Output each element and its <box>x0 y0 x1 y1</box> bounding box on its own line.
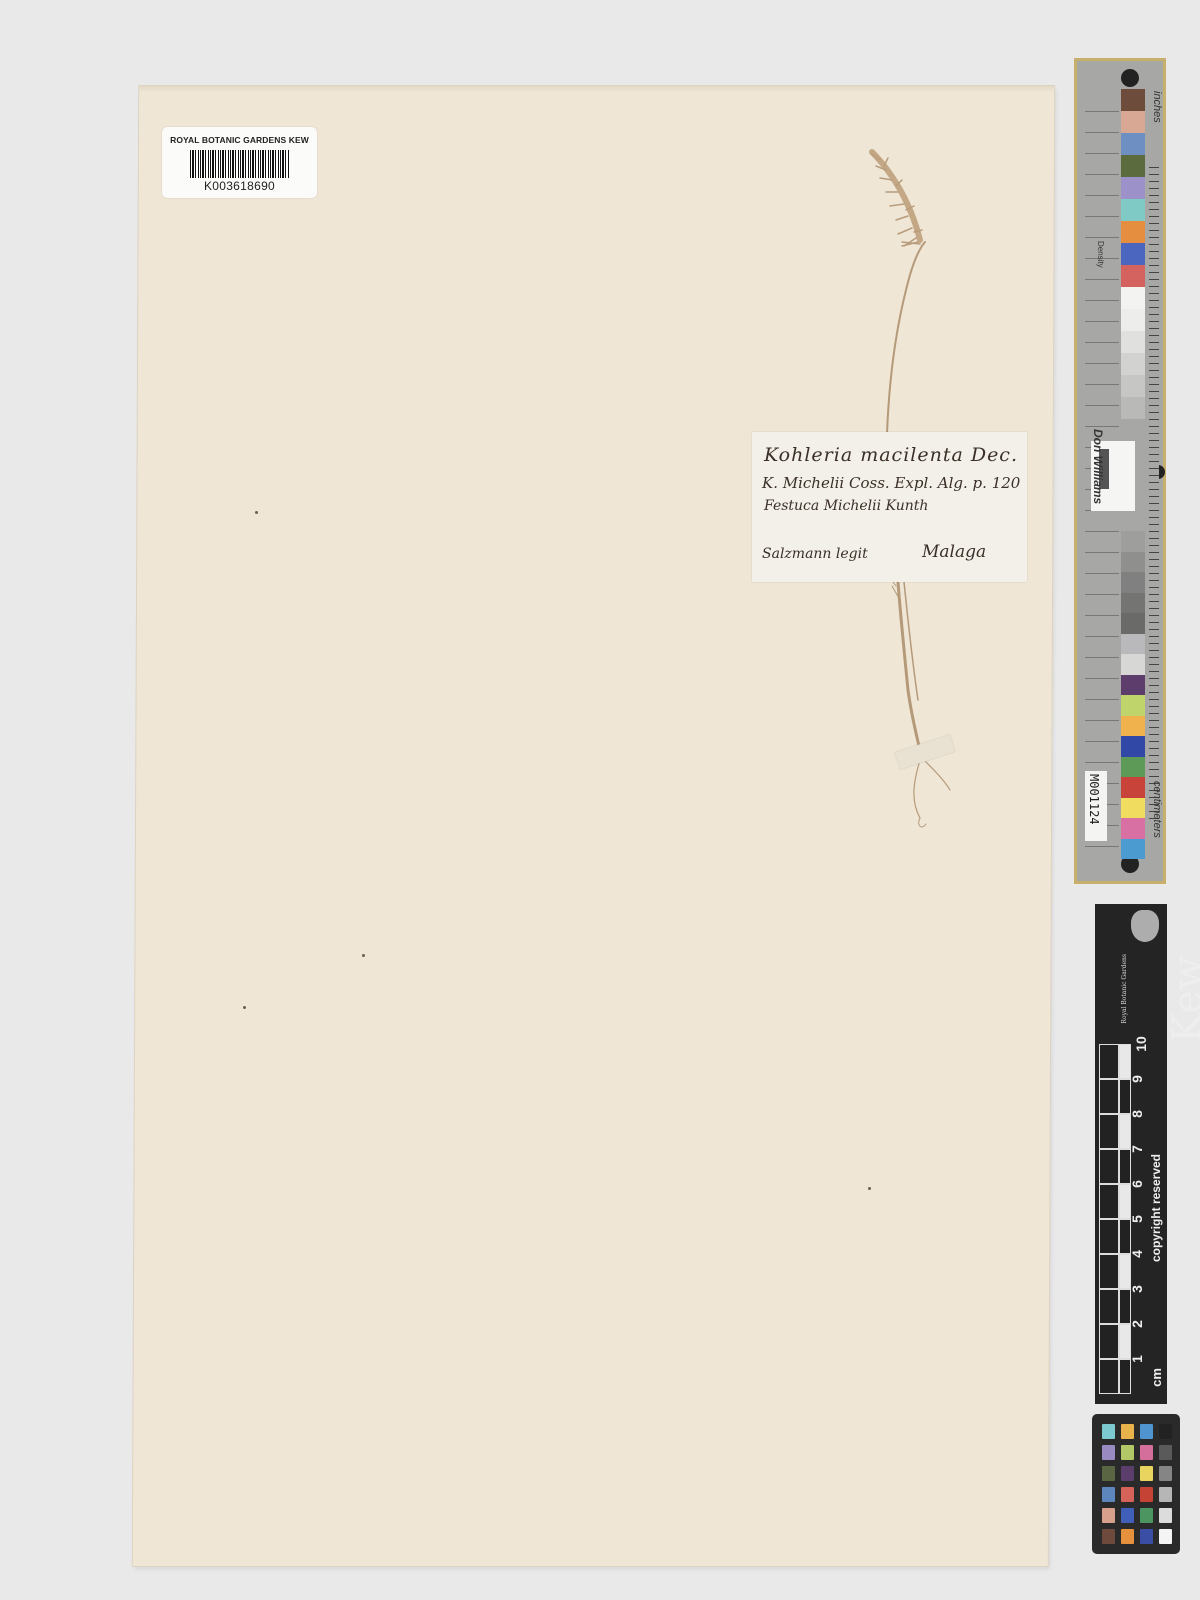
color-swatch <box>1121 757 1145 778</box>
color-swatch <box>1121 654 1145 675</box>
speck <box>362 954 365 957</box>
institution-name: ROYAL BOTANIC GARDENS KEW <box>162 135 317 145</box>
locality: Malaga <box>922 542 986 562</box>
scale-block <box>1119 1324 1131 1359</box>
color-swatches-lower <box>1121 531 1145 859</box>
scale-block <box>1099 1079 1119 1114</box>
checker-patch <box>1140 1424 1153 1439</box>
herbarium-sheet <box>133 86 1054 1566</box>
color-swatch <box>1121 798 1145 819</box>
scale-number: 6 <box>1129 1180 1145 1188</box>
color-swatch <box>1121 177 1145 199</box>
color-swatch <box>1121 331 1145 353</box>
scale-block <box>1119 1114 1131 1149</box>
color-swatch <box>1121 199 1145 221</box>
scale-block <box>1099 1324 1119 1359</box>
ruler-scale <box>1149 161 1159 821</box>
color-swatch <box>1121 89 1145 111</box>
checker-patch <box>1102 1508 1115 1523</box>
speck <box>255 511 258 514</box>
checker-patch <box>1159 1508 1172 1523</box>
color-swatch <box>1121 634 1145 655</box>
scale-number: 2 <box>1129 1320 1145 1328</box>
color-swatch <box>1121 309 1145 331</box>
scale-block <box>1099 1219 1119 1254</box>
checker-patch <box>1140 1529 1153 1544</box>
scale-block <box>1119 1359 1131 1394</box>
checker-patch <box>1159 1529 1172 1544</box>
scale-block <box>1119 1254 1131 1289</box>
taxon-name: Kohleria macilenta Dec. <box>764 444 1018 466</box>
scale-block <box>1099 1184 1119 1219</box>
color-swatch <box>1121 155 1145 177</box>
determination-label: Kohleria macilenta Dec. K. Michelii Coss… <box>752 432 1027 582</box>
color-swatch <box>1121 777 1145 798</box>
checker-patch <box>1121 1424 1134 1439</box>
color-swatch <box>1121 593 1145 614</box>
scale-number: 8 <box>1129 1110 1145 1118</box>
scale-number: 10 <box>1133 1036 1149 1052</box>
cm-scale <box>1099 1044 1131 1394</box>
scale-block <box>1119 1044 1131 1079</box>
color-ruler: inches centimeters Don Williams Density … <box>1074 58 1166 884</box>
kew-scale-bar: Kew Royal Botanic Gardens 12345678910 co… <box>1095 904 1167 1404</box>
checker-patch <box>1121 1508 1134 1523</box>
color-swatch <box>1121 695 1145 716</box>
scale-block <box>1119 1219 1131 1254</box>
scale-number: 5 <box>1129 1215 1145 1223</box>
scale-block <box>1119 1149 1131 1184</box>
checker-patch <box>1140 1508 1153 1523</box>
color-swatch <box>1121 716 1145 737</box>
collector: Salzmann legit <box>762 546 868 562</box>
barcode-label: ROYAL BOTANIC GARDENS KEW K003618690 <box>162 127 317 198</box>
inches-label: inches <box>1151 91 1163 123</box>
color-swatch <box>1121 531 1145 552</box>
kew-logo: Kew <box>1165 956 1200 1043</box>
centimeters-label: centimeters <box>1151 781 1163 838</box>
scale-block <box>1119 1184 1131 1219</box>
barcode-number: K003618690 <box>162 179 317 193</box>
color-swatch <box>1121 353 1145 375</box>
color-swatch <box>1121 133 1145 155</box>
scale-block <box>1119 1079 1131 1114</box>
checker-patch <box>1140 1445 1153 1460</box>
crest-icon <box>1131 910 1159 942</box>
scale-block <box>1099 1149 1119 1184</box>
checker-patch <box>1102 1487 1115 1502</box>
color-swatch <box>1121 736 1145 757</box>
scale-block <box>1099 1254 1119 1289</box>
color-swatch <box>1121 111 1145 133</box>
checker-patch <box>1159 1445 1172 1460</box>
color-checker <box>1092 1414 1180 1554</box>
unit-label: cm <box>1149 1368 1164 1387</box>
checker-patch <box>1159 1424 1172 1439</box>
checker-patch <box>1121 1466 1134 1481</box>
ruler-hole <box>1121 69 1139 87</box>
scale-block <box>1119 1289 1131 1324</box>
kew-subtitle: Royal Botanic Gardens <box>1121 954 1128 1024</box>
color-swatch <box>1121 675 1145 696</box>
synonym-1: K. Michelii Coss. Expl. Alg. p. 120 <box>762 474 1020 492</box>
scale-number: 1 <box>1129 1355 1145 1363</box>
scale-number: 4 <box>1129 1250 1145 1258</box>
scale-block <box>1099 1114 1119 1149</box>
checker-patch <box>1102 1466 1115 1481</box>
checker-patch <box>1159 1466 1172 1481</box>
scale-block <box>1099 1289 1119 1324</box>
color-swatch <box>1121 287 1145 309</box>
color-swatches <box>1121 89 1145 419</box>
checker-patch <box>1121 1529 1134 1544</box>
brand-label: Don Williams <box>1091 429 1105 504</box>
barcode <box>190 150 290 178</box>
scale-number: 3 <box>1129 1285 1145 1293</box>
color-swatch <box>1121 552 1145 573</box>
color-swatch <box>1121 613 1145 634</box>
checker-patch <box>1121 1445 1134 1460</box>
scale-number: 7 <box>1129 1145 1145 1153</box>
ruler-id-tag: M001124 <box>1085 771 1107 841</box>
checker-patch <box>1140 1487 1153 1502</box>
color-swatch <box>1121 818 1145 839</box>
scale-block <box>1099 1044 1119 1079</box>
color-swatch <box>1121 397 1145 419</box>
checker-patch <box>1102 1445 1115 1460</box>
speck <box>243 1006 246 1009</box>
synonym-2: Festuca Michelii Kunth <box>764 498 928 514</box>
color-swatch <box>1121 265 1145 287</box>
color-swatch <box>1121 243 1145 265</box>
density-label: Density <box>1096 241 1105 268</box>
checker-patch <box>1102 1424 1115 1439</box>
color-swatch <box>1121 572 1145 593</box>
checker-patch <box>1102 1529 1115 1544</box>
scale-block <box>1099 1359 1119 1394</box>
color-swatch <box>1121 839 1145 860</box>
color-swatch <box>1121 375 1145 397</box>
checker-patch <box>1140 1466 1153 1481</box>
speck <box>868 1187 871 1190</box>
checker-patch <box>1121 1487 1134 1502</box>
checker-patch <box>1159 1487 1172 1502</box>
copyright-text: copyright reserved <box>1149 1154 1163 1262</box>
color-swatch <box>1121 221 1145 243</box>
scale-number: 9 <box>1129 1075 1145 1083</box>
